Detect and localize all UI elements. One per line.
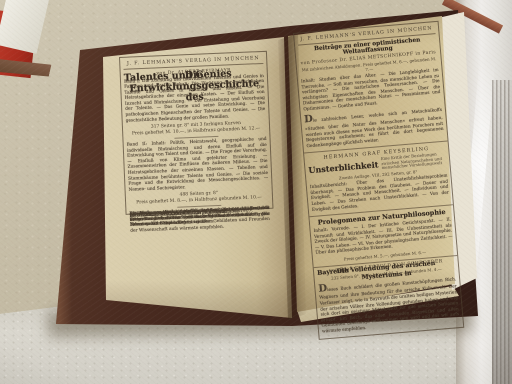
press-review: Ein ganz ausgezeichnetes, hervorragendes…	[130, 206, 270, 212]
right-ad-border-box: J. F. LEHMANN'S VERLAG IN MÜNCHEN Beiträ…	[293, 21, 464, 341]
white-object	[0, 0, 50, 54]
right-page-advertisement: J. F. LEHMANN'S VERLAG IN MÜNCHEN Beiträ…	[293, 21, 464, 341]
schroeder-note: Dieses Buch schildert die großen Kunstsc…	[318, 272, 460, 335]
plastic-edge-streaks	[492, 80, 512, 384]
separator-rule	[177, 205, 221, 208]
band2-contents: Band II: Inhalt: Politik, Heiratswahl, g…	[127, 137, 269, 193]
band1-contents: Band I: Die Züchtung des individuellen T…	[124, 73, 266, 123]
left-ad-border-box: J. F. LEHMANN'S VERLAG IN MÜNCHEN Die En…	[119, 51, 274, 215]
left-page-advertisement: J. F. LEHMANN'S VERLAG IN MÜNCHEN Die En…	[119, 51, 274, 215]
separator-rule	[174, 136, 218, 139]
photo-scene: J. F. LEHMANN'S VERLAG IN MÜNCHEN Die En…	[0, 0, 512, 384]
